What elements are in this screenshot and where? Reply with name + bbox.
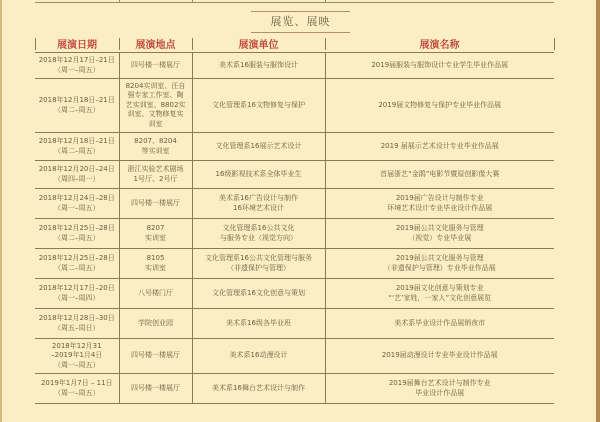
cell-venue: 学院创业园 xyxy=(119,309,192,339)
cell-date: 2018年12月24日–28日（周一–周五） xyxy=(35,189,119,219)
cell-text-line: 美术系16服装与服饰设计 xyxy=(193,61,325,71)
cell-unit: 美术系16舞台艺术设计与制作 xyxy=(192,374,325,404)
cell-text-line: （周五–周日） xyxy=(35,324,119,334)
cell-text-line: （周二–周五） xyxy=(35,106,119,116)
cell-text-line: 2018年12月18日–21日 xyxy=(35,96,119,106)
divider xyxy=(192,0,193,2)
cell-name: 2019届动漫设计专业毕业设计作品展 xyxy=(325,339,554,374)
cell-date: 2018年12月20日–24日（周四–周一） xyxy=(35,161,119,189)
cell-text-line: 2019届文物修复与保护专业毕业作品展 xyxy=(326,101,555,111)
cell-venue: 8207、8204等实训室 xyxy=(119,133,192,161)
header-label: 展演单位 xyxy=(239,40,279,51)
divider xyxy=(119,0,120,2)
cell-text-line: 四号楼一楼展厅 xyxy=(120,384,192,394)
cell-text-line: 2019届公共文化服务与管理 xyxy=(326,224,555,234)
cell-text-line: 2018年12月28日–30日 xyxy=(35,314,119,324)
cell-unit: 美术系16动漫设计 xyxy=(192,339,325,374)
header-label: 展演日期 xyxy=(57,40,97,51)
cell-text-line: 训室、文物修复实 xyxy=(120,110,192,120)
header-date: 展演日期 xyxy=(35,35,119,53)
cell-text-line: 环境艺术设计专业毕业设计作品展 xyxy=(326,204,555,214)
cell-name: 2019届文化创意与策划专业“‘艺’家姓，一家人”文化创意展览 xyxy=(325,279,554,309)
table-body: 2018年12月17日–21日（周一–周五）四号楼一楼展厅美术系16服装与服饰设… xyxy=(35,53,554,404)
cell-name: 2019 届展示艺术设计专业毕业作品展 xyxy=(325,133,554,161)
cell-text-line: 首届浙艺“金鹃”电影节暨原创影像大赛 xyxy=(326,170,555,180)
cell-text-line: （周二–周五） xyxy=(35,234,119,244)
table-row: 2018年12月20日–24日（周四–周一）浙江实验艺术剧场1号厅、2号厅16级… xyxy=(35,161,554,189)
previous-table-bottom-edge xyxy=(35,0,554,3)
cell-date: 2019年1月7日 – 11日（周一–周五） xyxy=(35,374,119,404)
cell-text-line: （非遗保护与管理） xyxy=(193,264,325,274)
cell-text-line: 2019届舞台艺术设计与制作专业 xyxy=(326,379,555,389)
exhibition-schedule-table: 展演日期 展演地点 展演单位 展演名称 2018年12月17日–21日（周一–周… xyxy=(35,35,554,404)
cell-date: 2018年12月18日–21日（周二–周五） xyxy=(35,133,119,161)
cell-text-line: 2019届广告设计与制作专业 xyxy=(326,194,555,204)
cell-text-line: （周一–周五） xyxy=(35,204,119,214)
cell-text-line: 实训室 xyxy=(120,264,192,274)
cell-text-line: 等实训室 xyxy=(120,147,192,157)
cell-unit: 美术系16级各毕业班 xyxy=(192,309,325,339)
cell-venue: 8105实训室 xyxy=(119,249,192,279)
cell-text-line: 与服务专业（视觉方向） xyxy=(193,234,325,244)
table-row: 2018年12月24日–28日（周一–周五）四号楼一楼展厅美术系16广告设计与制… xyxy=(35,189,554,219)
cell-text-line: 美术系16级各毕业班 xyxy=(193,319,325,329)
cell-text-line: （视觉）专业毕业展 xyxy=(326,234,555,244)
cell-text-line: 训室 xyxy=(120,120,192,130)
cell-text-line: 8204实训室、汪自 xyxy=(120,82,192,92)
table-row: 2018年12月31–2019年1月4日（周一–周五）四号楼一楼展厅美术系16动… xyxy=(35,339,554,374)
cell-name: 2019届公共文化服务与管理（视觉）专业毕业展 xyxy=(325,219,554,249)
cell-unit: 文化管理系16公共文化管理与服务（非遗保护与管理） xyxy=(192,249,325,279)
cell-unit: 文化管理系16展示艺术设计 xyxy=(192,133,325,161)
cell-text-line: 四号楼一楼展厅 xyxy=(120,199,192,209)
cell-date: 2018年12月17日–21日（周一–周五） xyxy=(35,53,119,79)
cell-text-line: 学院创业园 xyxy=(120,319,192,329)
cell-date: 2018年12月17日–20日（周一–周四） xyxy=(35,279,119,309)
header-label: 展演地点 xyxy=(136,40,176,51)
table-row: 2018年12月17日–21日（周一–周五）四号楼一楼展厅美术系16服装与服饰设… xyxy=(35,53,554,79)
cell-text-line: 文化管理系16公共文化 xyxy=(193,224,325,234)
section-title: 展览、展映 xyxy=(251,11,350,33)
cell-venue: 四号楼一楼展厅 xyxy=(119,374,192,404)
cell-text-line: 2018年12月25日–28日 xyxy=(35,224,119,234)
cell-text-line: （周一–周五） xyxy=(35,66,119,76)
cell-text-line: 2018年12月25日–28日 xyxy=(35,254,119,264)
cell-unit: 文化管理系16文化创意与策划 xyxy=(192,279,325,309)
cell-date: 2018年12月31–2019年1月4日（周一–周五） xyxy=(35,339,119,374)
cell-name: 首届浙艺“金鹃”电影节暨原创影像大赛 xyxy=(325,161,554,189)
cell-text-line: 2019届公共文化服务与管理 xyxy=(326,254,555,264)
cell-text-line: 2018年12月17日–20日 xyxy=(35,284,119,294)
cell-text-line: 2019届动漫设计专业毕业设计作品展 xyxy=(326,351,555,361)
table-row: 2018年12月18日–21日（周二–周五）8204实训室、汪自强专家工作室、陶… xyxy=(35,79,554,133)
cell-text-line: 文化管理系16文化创意与策划 xyxy=(193,289,325,299)
cell-date: 2018年12月18日–21日（周二–周五） xyxy=(35,79,119,133)
header-name: 展演名称 xyxy=(325,35,554,53)
cell-text-line: 文化管理系16展示艺术设计 xyxy=(193,142,325,152)
cell-text-line: 强专家工作室、陶 xyxy=(120,91,192,101)
cell-text-line: 艺实训室、8802实 xyxy=(120,101,192,111)
cell-date: 2018年12月28日–30日（周五–周日） xyxy=(35,309,119,339)
cell-venue: 八号楼门厅 xyxy=(119,279,192,309)
cell-text-line: 2019届文化创意与策划专业 xyxy=(326,284,555,294)
cell-text-line: 2019年1月7日 – 11日 xyxy=(35,379,119,389)
cell-text-line: 2018年12月18日–21日 xyxy=(35,137,119,147)
cell-unit: 美术系16广告设计与制作16环境艺术设计 xyxy=(192,189,325,219)
table-row: 2018年12月25日–28日（周二–周五）8105实训室文化管理系16公共文化… xyxy=(35,249,554,279)
cell-text-line: 实训室 xyxy=(120,234,192,244)
cell-venue: 浙江实验艺术剧场1号厅、2号厅 xyxy=(119,161,192,189)
cell-text-line: 八号楼门厅 xyxy=(120,289,192,299)
cell-text-line: 2018年12月24日–28日 xyxy=(35,194,119,204)
cell-text-line: –2019年1月4日 xyxy=(35,351,119,361)
cell-text-line: （非遗保护与管理）专业毕业作品展 xyxy=(326,264,555,274)
table-row: 2019年1月7日 – 11日（周一–周五）四号楼一楼展厅美术系16舞台艺术设计… xyxy=(35,374,554,404)
cell-text-line: “‘艺’家姓，一家人”文化创意展览 xyxy=(326,294,555,304)
cell-venue: 8207实训室 xyxy=(119,219,192,249)
cell-text-line: 美术系16舞台艺术设计与制作 xyxy=(193,384,325,394)
cell-name: 2019届广告设计与制作专业环境艺术设计专业毕业设计作品展 xyxy=(325,189,554,219)
cell-unit: 16级影视技术系全体毕业生 xyxy=(192,161,325,189)
table-row: 2018年12月25日–28日（周二–周五）8207实训室文化管理系16公共文化… xyxy=(35,219,554,249)
cell-text-line: 美术系16广告设计与制作 xyxy=(193,194,325,204)
header-label: 展演名称 xyxy=(420,40,460,51)
cell-unit: 美术系16服装与服饰设计 xyxy=(192,53,325,79)
cell-text-line: 16环境艺术设计 xyxy=(193,204,325,214)
cell-text-line: 文化管理系16公共文化管理与服务 xyxy=(193,254,325,264)
cell-text-line: 1号厅、2号厅 xyxy=(120,175,192,185)
cell-name: 2019届公共文化服务与管理（非遗保护与管理）专业毕业作品展 xyxy=(325,249,554,279)
table-header-row: 展演日期 展演地点 展演单位 展演名称 xyxy=(35,35,554,53)
page-right-border xyxy=(596,0,600,422)
cell-text-line: 2019届服装与服饰设计专业学生毕业作品展 xyxy=(326,61,555,71)
cell-date: 2018年12月25日–28日（周二–周五） xyxy=(35,219,119,249)
cell-venue: 四号楼一楼展厅 xyxy=(119,339,192,374)
cell-name: 2019届服装与服饰设计专业学生毕业作品展 xyxy=(325,53,554,79)
cell-text-line: 四号楼一楼展厅 xyxy=(120,351,192,361)
cell-text-line: （周一–周五） xyxy=(35,389,119,399)
cell-text-line: 美术系16动漫设计 xyxy=(193,351,325,361)
cell-text-line: 8207 xyxy=(120,224,192,234)
cell-text-line: 2018年12月17日–21日 xyxy=(35,56,119,66)
page-left-edge xyxy=(0,0,2,422)
cell-venue: 8204实训室、汪自强专家工作室、陶艺实训室、8802实训室、文物修复实训室 xyxy=(119,79,192,133)
cell-text-line: 8105 xyxy=(120,254,192,264)
cell-text-line: 毕业设计作品展 xyxy=(326,389,555,399)
cell-text-line: 8207、8204 xyxy=(120,137,192,147)
cell-venue: 四号楼一楼展厅 xyxy=(119,189,192,219)
cell-venue: 四号楼一楼展厅 xyxy=(119,53,192,79)
table-row: 2018年12月17日–20日（周一–周四）八号楼门厅文化管理系16文化创意与策… xyxy=(35,279,554,309)
cell-unit: 文化管理系16文物修复与保护 xyxy=(192,79,325,133)
table-row: 2018年12月28日–30日（周五–周日）学院创业园美术系16级各毕业班美术系… xyxy=(35,309,554,339)
divider xyxy=(325,0,326,2)
table-row: 2018年12月18日–21日（周二–周五）8207、8204等实训室文化管理系… xyxy=(35,133,554,161)
header-unit: 展演单位 xyxy=(192,35,325,53)
cell-date: 2018年12月25日–28日（周二–周五） xyxy=(35,249,119,279)
cell-text-line: 文化管理系16文物修复与保护 xyxy=(193,101,325,111)
cell-text-line: （周一–周五） xyxy=(35,361,119,371)
cell-text-line: 2018年12月20日–24日 xyxy=(35,165,119,175)
cell-text-line: （周二–周五） xyxy=(35,147,119,157)
cell-text-line: 美术系毕业设计作品展销夜市 xyxy=(326,319,555,329)
cell-text-line: （周四–周一） xyxy=(35,175,119,185)
cell-text-line: （周二–周五） xyxy=(35,264,119,274)
cell-name: 美术系毕业设计作品展销夜市 xyxy=(325,309,554,339)
cell-text-line: 2018年12月31 xyxy=(35,342,119,352)
cell-text-line: 浙江实验艺术剧场 xyxy=(120,165,192,175)
cell-text-line: 16级影视技术系全体毕业生 xyxy=(193,170,325,180)
header-venue: 展演地点 xyxy=(119,35,192,53)
cell-text-line: （周一–周四） xyxy=(35,294,119,304)
cell-name: 2019届舞台艺术设计与制作专业毕业设计作品展 xyxy=(325,374,554,404)
cell-text-line: 四号楼一楼展厅 xyxy=(120,61,192,71)
cell-text-line: 2019 届展示艺术设计专业毕业作品展 xyxy=(326,142,555,152)
cell-name: 2019届文物修复与保护专业毕业作品展 xyxy=(325,79,554,133)
cell-unit: 文化管理系16公共文化与服务专业（视觉方向） xyxy=(192,219,325,249)
